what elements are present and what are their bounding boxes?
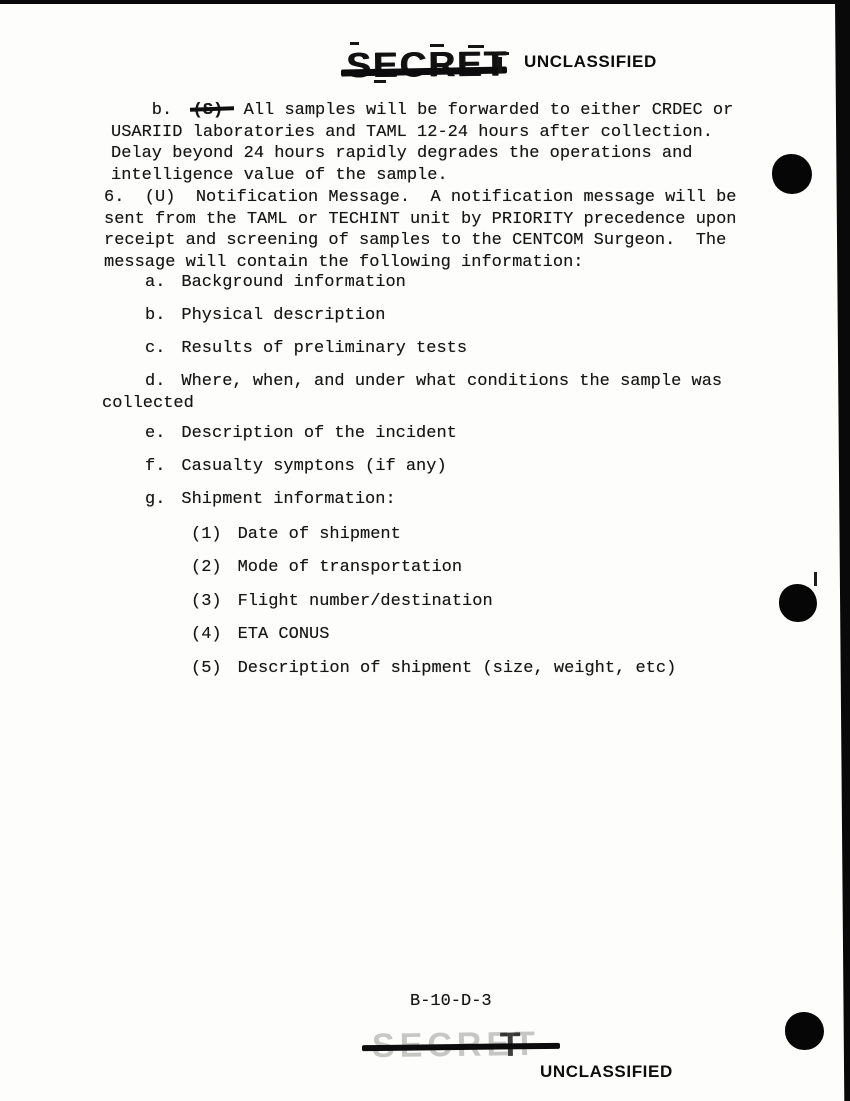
list-item-label: f. [145, 457, 165, 476]
list-item-c: c.Results of preliminary tests [145, 338, 467, 360]
list-item-e: e.Description of the incident [145, 423, 457, 445]
stamp-artifact-dash [468, 45, 484, 48]
stamp-artifact-dash [374, 80, 386, 83]
list-item-d: d.Where, when, and under what conditions… [145, 371, 722, 393]
sublist-item-2: (2)Mode of transportation [191, 557, 462, 579]
unclassified-stamp-top: UNCLASSIFIED [524, 52, 657, 72]
list-item-a: a.Background information [145, 272, 406, 294]
paragraph-6: 6. (U) Notification Message. A notificat… [104, 187, 737, 273]
hole-punch-dot-1 [772, 154, 812, 194]
list-item-d-wrapped-line: collected [102, 393, 194, 415]
classification-marking-struck: (S) [193, 100, 224, 122]
stamp-artifact-dash [350, 42, 359, 45]
sublist-item-label: (1) [191, 525, 222, 544]
paragraph-b-prefix: b. [111, 101, 193, 120]
page-number: B-10-D-3 [410, 991, 492, 1013]
list-item-f: f.Casualty symptons (if any) [145, 456, 447, 478]
stamp-artifact-dash [498, 57, 502, 73]
scan-edge-right [835, 0, 850, 1101]
sublist-item-label: (5) [191, 659, 222, 678]
sublist-item-text: ETA CONUS [238, 625, 330, 644]
sublist-item-text: Description of shipment (size, weight, e… [238, 659, 677, 678]
stamp-artifact-dash [497, 52, 509, 55]
list-item-text: Background information [181, 273, 405, 292]
list-item-label: a. [145, 273, 165, 292]
hole-punch-dot-2 [779, 584, 817, 622]
unclassified-stamp-bottom: UNCLASSIFIED [540, 1062, 673, 1082]
list-item-label: e. [145, 424, 165, 443]
list-item-g: g.Shipment information: [145, 489, 396, 511]
list-item-b: b.Physical description [145, 305, 385, 327]
list-item-text: Description of the incident [181, 424, 456, 443]
sublist-item-3: (3)Flight number/destination [191, 591, 493, 613]
sublist-item-label: (4) [191, 625, 222, 644]
stamp-artifact-dash [430, 44, 444, 47]
sublist-item-text: Mode of transportation [238, 558, 462, 577]
scan-edge-top [0, 0, 850, 4]
list-item-text: Results of preliminary tests [181, 339, 467, 358]
sublist-item-label: (2) [191, 558, 222, 577]
sublist-item-text: Date of shipment [238, 525, 401, 544]
sublist-item-text: Flight number/destination [238, 592, 493, 611]
sublist-item-1: (1)Date of shipment [191, 524, 401, 546]
list-item-label: c. [145, 339, 165, 358]
document-page: SECRET UNCLASSIFIED b. (S) All samples w… [0, 0, 850, 1101]
list-item-label: b. [145, 306, 165, 325]
scan-artifact-tick [814, 572, 817, 586]
sublist-item-4: (4)ETA CONUS [191, 624, 329, 646]
sublist-item-5: (5)Description of shipment (size, weight… [191, 658, 676, 680]
list-item-label: g. [145, 490, 165, 509]
paragraph-b: b. (S) All samples will be forwarded to … [111, 100, 733, 186]
list-item-label: d. [145, 372, 165, 391]
secret-stamp-struck-top: SECRET [346, 44, 508, 86]
hole-punch-dot-3 [785, 1012, 824, 1050]
sublist-item-label: (3) [191, 592, 222, 611]
list-item-text: Physical description [181, 306, 385, 325]
list-item-text: Casualty symptons (if any) [181, 457, 446, 476]
list-item-text: Where, when, and under what conditions t… [181, 372, 722, 391]
list-item-text: Shipment information: [181, 490, 395, 509]
